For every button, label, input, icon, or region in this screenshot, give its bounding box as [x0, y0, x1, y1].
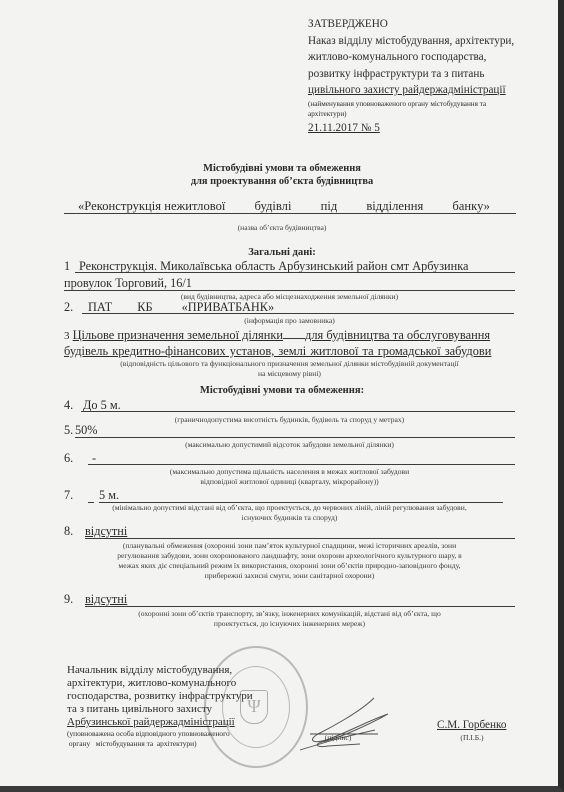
item-9-number: 9. — [64, 592, 73, 606]
item-1-number: 1 — [64, 259, 70, 273]
signatory-position-line: та з питань цивільного захисту — [67, 703, 253, 716]
item-8-value: відсутні — [85, 524, 127, 538]
item-1-line-2: провулок Торговий, 16/1 — [64, 276, 515, 291]
approval-block: ЗАТВЕРДЖЕНО Наказ відділу містобудування… — [308, 16, 514, 136]
document-title: Містобудівні умови та обмеження — [0, 162, 564, 175]
item-1-address: провулок Торговий, 16/1 — [64, 276, 192, 290]
approval-date-number: 21.11.2017 № 5 — [308, 120, 514, 137]
item-2-number: 2. — [64, 300, 73, 314]
item-3-value: для будівництва та обслуговування — [305, 328, 490, 342]
item-8-number: 8. — [64, 524, 73, 538]
object-name: «Реконструкція нежитлової будівлі під ві… — [64, 199, 516, 214]
authority-caption: архітектури) — [308, 109, 514, 119]
approval-heading: ЗАТВЕРДЖЕНО — [308, 16, 514, 33]
item-1-value: Реконструкція. Миколаївська область Арбу… — [79, 259, 468, 273]
item-9-line: відсутні — [85, 592, 515, 607]
item-1-line-1: Реконструкція. Миколаївська область Арбу… — [75, 259, 515, 273]
item-6-value: - — [92, 451, 96, 465]
conditions-heading: Містобудівні умови та обмеження: — [0, 384, 564, 397]
signatory-caption: (уповноважена особа відповідного уповнов… — [67, 729, 253, 739]
approval-order-line: цивільного захисту райдержадміністрації — [308, 82, 514, 99]
item-5-value: 50% — [75, 423, 98, 437]
item-3-number: 3 — [64, 330, 70, 342]
signatory-position-line: Арбузинської райдержадміністрації — [67, 716, 253, 729]
item-9-caption: (охоронні зони об’єктів транспорту, зв’я… — [64, 609, 515, 620]
document-page: ЗАТВЕРДЖЕНО Наказ відділу містобудування… — [0, 0, 564, 792]
approval-order-line: розвитку інфраструктури та з питань — [308, 66, 514, 83]
document-subtitle: для проектування об’єкта будівництва — [0, 175, 564, 188]
item-2-part: «ПРИВАТБАНК» — [182, 300, 275, 314]
approval-order-line: Наказ відділу містобудування, архітектур… — [308, 33, 514, 50]
signatory-position: Начальник відділу містобудування, архіте… — [67, 664, 253, 749]
item-4-line: До 5 м. — [81, 398, 515, 412]
item-3-caption: на місцевому рівні) — [64, 369, 515, 380]
object-name-word: під — [321, 199, 338, 213]
item-9-caption: проектується, до існуючих інженерних мер… — [64, 619, 515, 630]
item-7-line: 5 м. — [99, 488, 503, 503]
item-7-blank — [88, 488, 94, 503]
signatory-name: С.М. Горбенко — [437, 719, 506, 732]
signatory-caption: органу містобудування та архітектури) — [67, 739, 253, 749]
item-3-label: Цільове призначення земельної ділянки — [73, 328, 283, 342]
authority-caption: (найменування уповноваженого органу міст… — [308, 99, 514, 109]
object-name-word: банку» — [452, 199, 490, 213]
object-name-word: будівлі — [255, 199, 292, 213]
item-2-caption: (інформація про замовника) — [64, 316, 515, 327]
item-8-line: відсутні — [85, 524, 515, 539]
item-7-number: 7. — [64, 488, 73, 502]
item-6-caption: відповідної житлової одиниці (кварталу, … — [64, 477, 515, 488]
general-data-heading: Загальні дані: — [0, 246, 564, 259]
signatory-position-line: Начальник відділу містобудування, — [67, 664, 253, 677]
object-name-word: «Реконструкція нежитлової — [78, 199, 225, 213]
item-2-line: ПАТ КБ «ПРИВАТБАНК» — [82, 300, 514, 314]
object-name-word: відділення — [366, 199, 423, 213]
item-9-value: відсутні — [85, 592, 127, 606]
item-4-number: 4. — [64, 398, 73, 412]
item-6-number: 6. — [64, 451, 73, 465]
item-8-caption: (планувальні обмеження (охоронні зони па… — [64, 541, 515, 552]
item-2-part: КБ — [137, 300, 152, 314]
item-7-value: 5 м. — [99, 488, 119, 502]
item-8-caption: прибережні захисні смуги, зони санітарно… — [64, 571, 515, 582]
signature-caption: (підпис) — [318, 733, 358, 744]
item-7-caption: існуючих будинків та споруд) — [60, 513, 519, 524]
item-5-caption: (максимально допустимий відсоток забудов… — [64, 440, 515, 451]
item-5-number: 5. — [64, 423, 73, 437]
item-3-line-2: будівель кредитно-фінансових установ, зе… — [64, 342, 491, 360]
approval-order-line: житлово-комунального господарства, — [308, 49, 514, 66]
item-3-caption: (відповідність цільового та функціональн… — [64, 359, 515, 370]
signature-scribble — [300, 694, 420, 754]
object-name-caption: (назва об’єкта будівництва) — [0, 223, 564, 234]
signatory-position-line: господарства, розвитку інфраструктури — [67, 690, 253, 703]
item-8-caption: межах яких діє спеціальний режим їх вико… — [64, 561, 515, 572]
signatory-position-line: архітектури, житлово-комунального — [67, 677, 253, 690]
item-2-part: ПАТ — [88, 300, 112, 314]
item-6-caption: (максимально допустима щільність населен… — [64, 467, 515, 478]
item-4-value: До 5 м. — [83, 398, 121, 412]
item-8-caption: регулювання забудови, зони охоронюваного… — [64, 551, 515, 562]
item-7-caption: (мінімально допустимі відстані від об’єк… — [60, 503, 519, 514]
item-5-line: 50% — [75, 423, 515, 438]
item-6-line: - — [88, 451, 515, 465]
name-caption: (П.І.Б.) — [437, 733, 507, 744]
